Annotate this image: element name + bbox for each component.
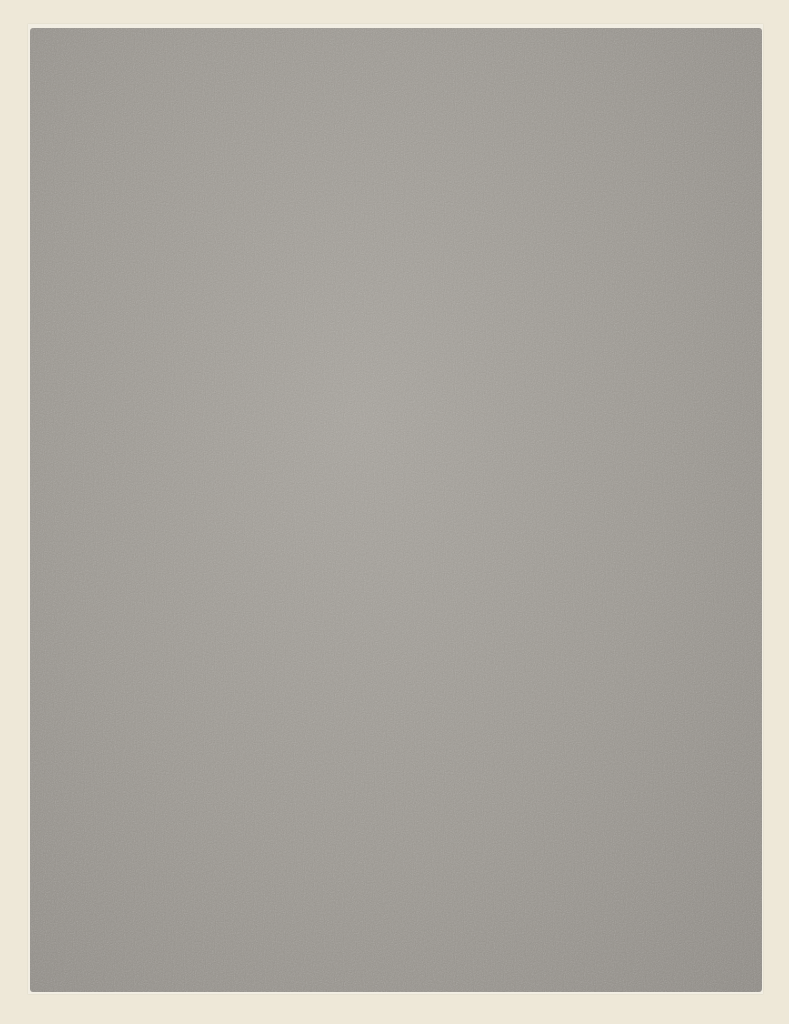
line-drawing — [30, 28, 762, 992]
graphite-field — [30, 28, 762, 992]
paper-grain — [30, 28, 762, 992]
